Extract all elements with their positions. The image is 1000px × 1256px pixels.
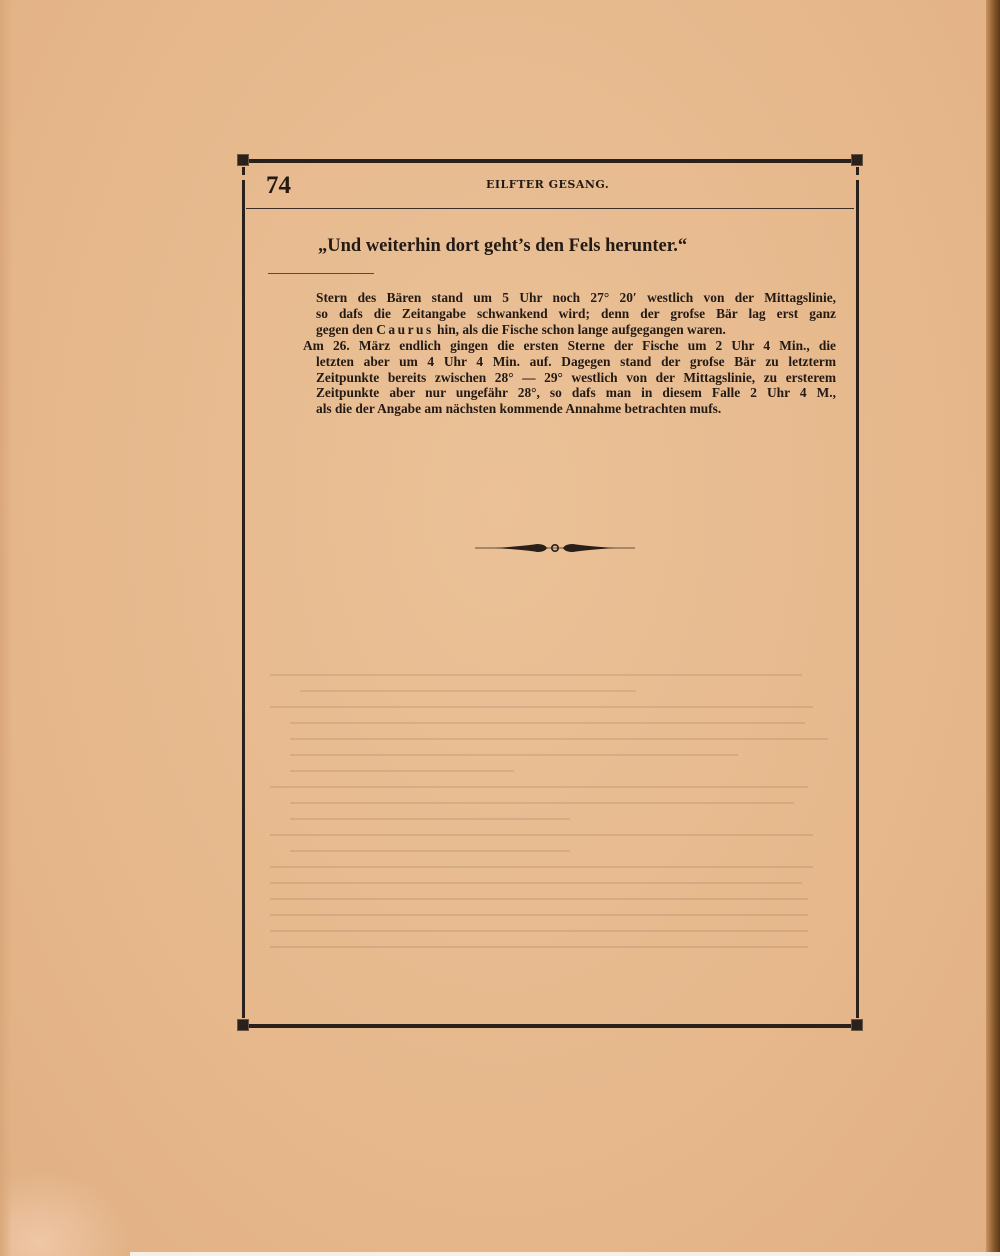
footnote-line: Zeitpunkte aber nur ungefähr 28°, so daf… (303, 385, 836, 401)
footnote-line: Zeitpunkte bereits zwischen 28° — 29° we… (303, 370, 836, 386)
corner-ornament-icon (235, 154, 251, 176)
frame-bottom-rule (245, 1024, 855, 1028)
page-edge (130, 1252, 1000, 1256)
ornament-divider-icon (475, 540, 635, 556)
paper-stain (0, 1170, 130, 1256)
footnote-line: als die der Angabe am nächsten kommende … (303, 401, 836, 417)
footnote-line: Stern des Bären stand um 5 Uhr noch 27° … (303, 290, 836, 306)
book-page: 74 EILFTER GESANG. „Und weiterhin dort g… (0, 0, 1000, 1256)
footnote-line: so dafs die Zeitangabe schwankend wird; … (303, 306, 836, 322)
corner-ornament-icon (849, 154, 865, 176)
book-gutter (986, 0, 1000, 1256)
corner-ornament-icon (849, 1010, 865, 1032)
footnote-line: Am 26. März endlich gingen die ersten St… (303, 338, 836, 354)
footnote-line: gegen den Caurus hin, als die Fische sch… (303, 322, 836, 338)
running-head: EILFTER GESANG. (486, 178, 646, 191)
footnote-separator (268, 273, 374, 274)
frame-top-rule (245, 159, 855, 163)
footnote-text: Stern des Bären stand um 5 Uhr noch 27° … (303, 290, 836, 417)
bleed-through-text (270, 660, 830, 980)
quote-line: „Und weiterhin dort geht’s den Fels heru… (318, 236, 687, 257)
header-rule (246, 208, 854, 209)
frame-left-rule (242, 180, 245, 1010)
spaced-word: Caurus (376, 322, 433, 337)
page-number: 74 (266, 172, 291, 200)
corner-ornament-icon (235, 1010, 251, 1032)
footnote-line: letzten aber um 4 Uhr 4 Min. auf. Dagege… (303, 354, 836, 370)
frame-right-rule (856, 180, 859, 1010)
